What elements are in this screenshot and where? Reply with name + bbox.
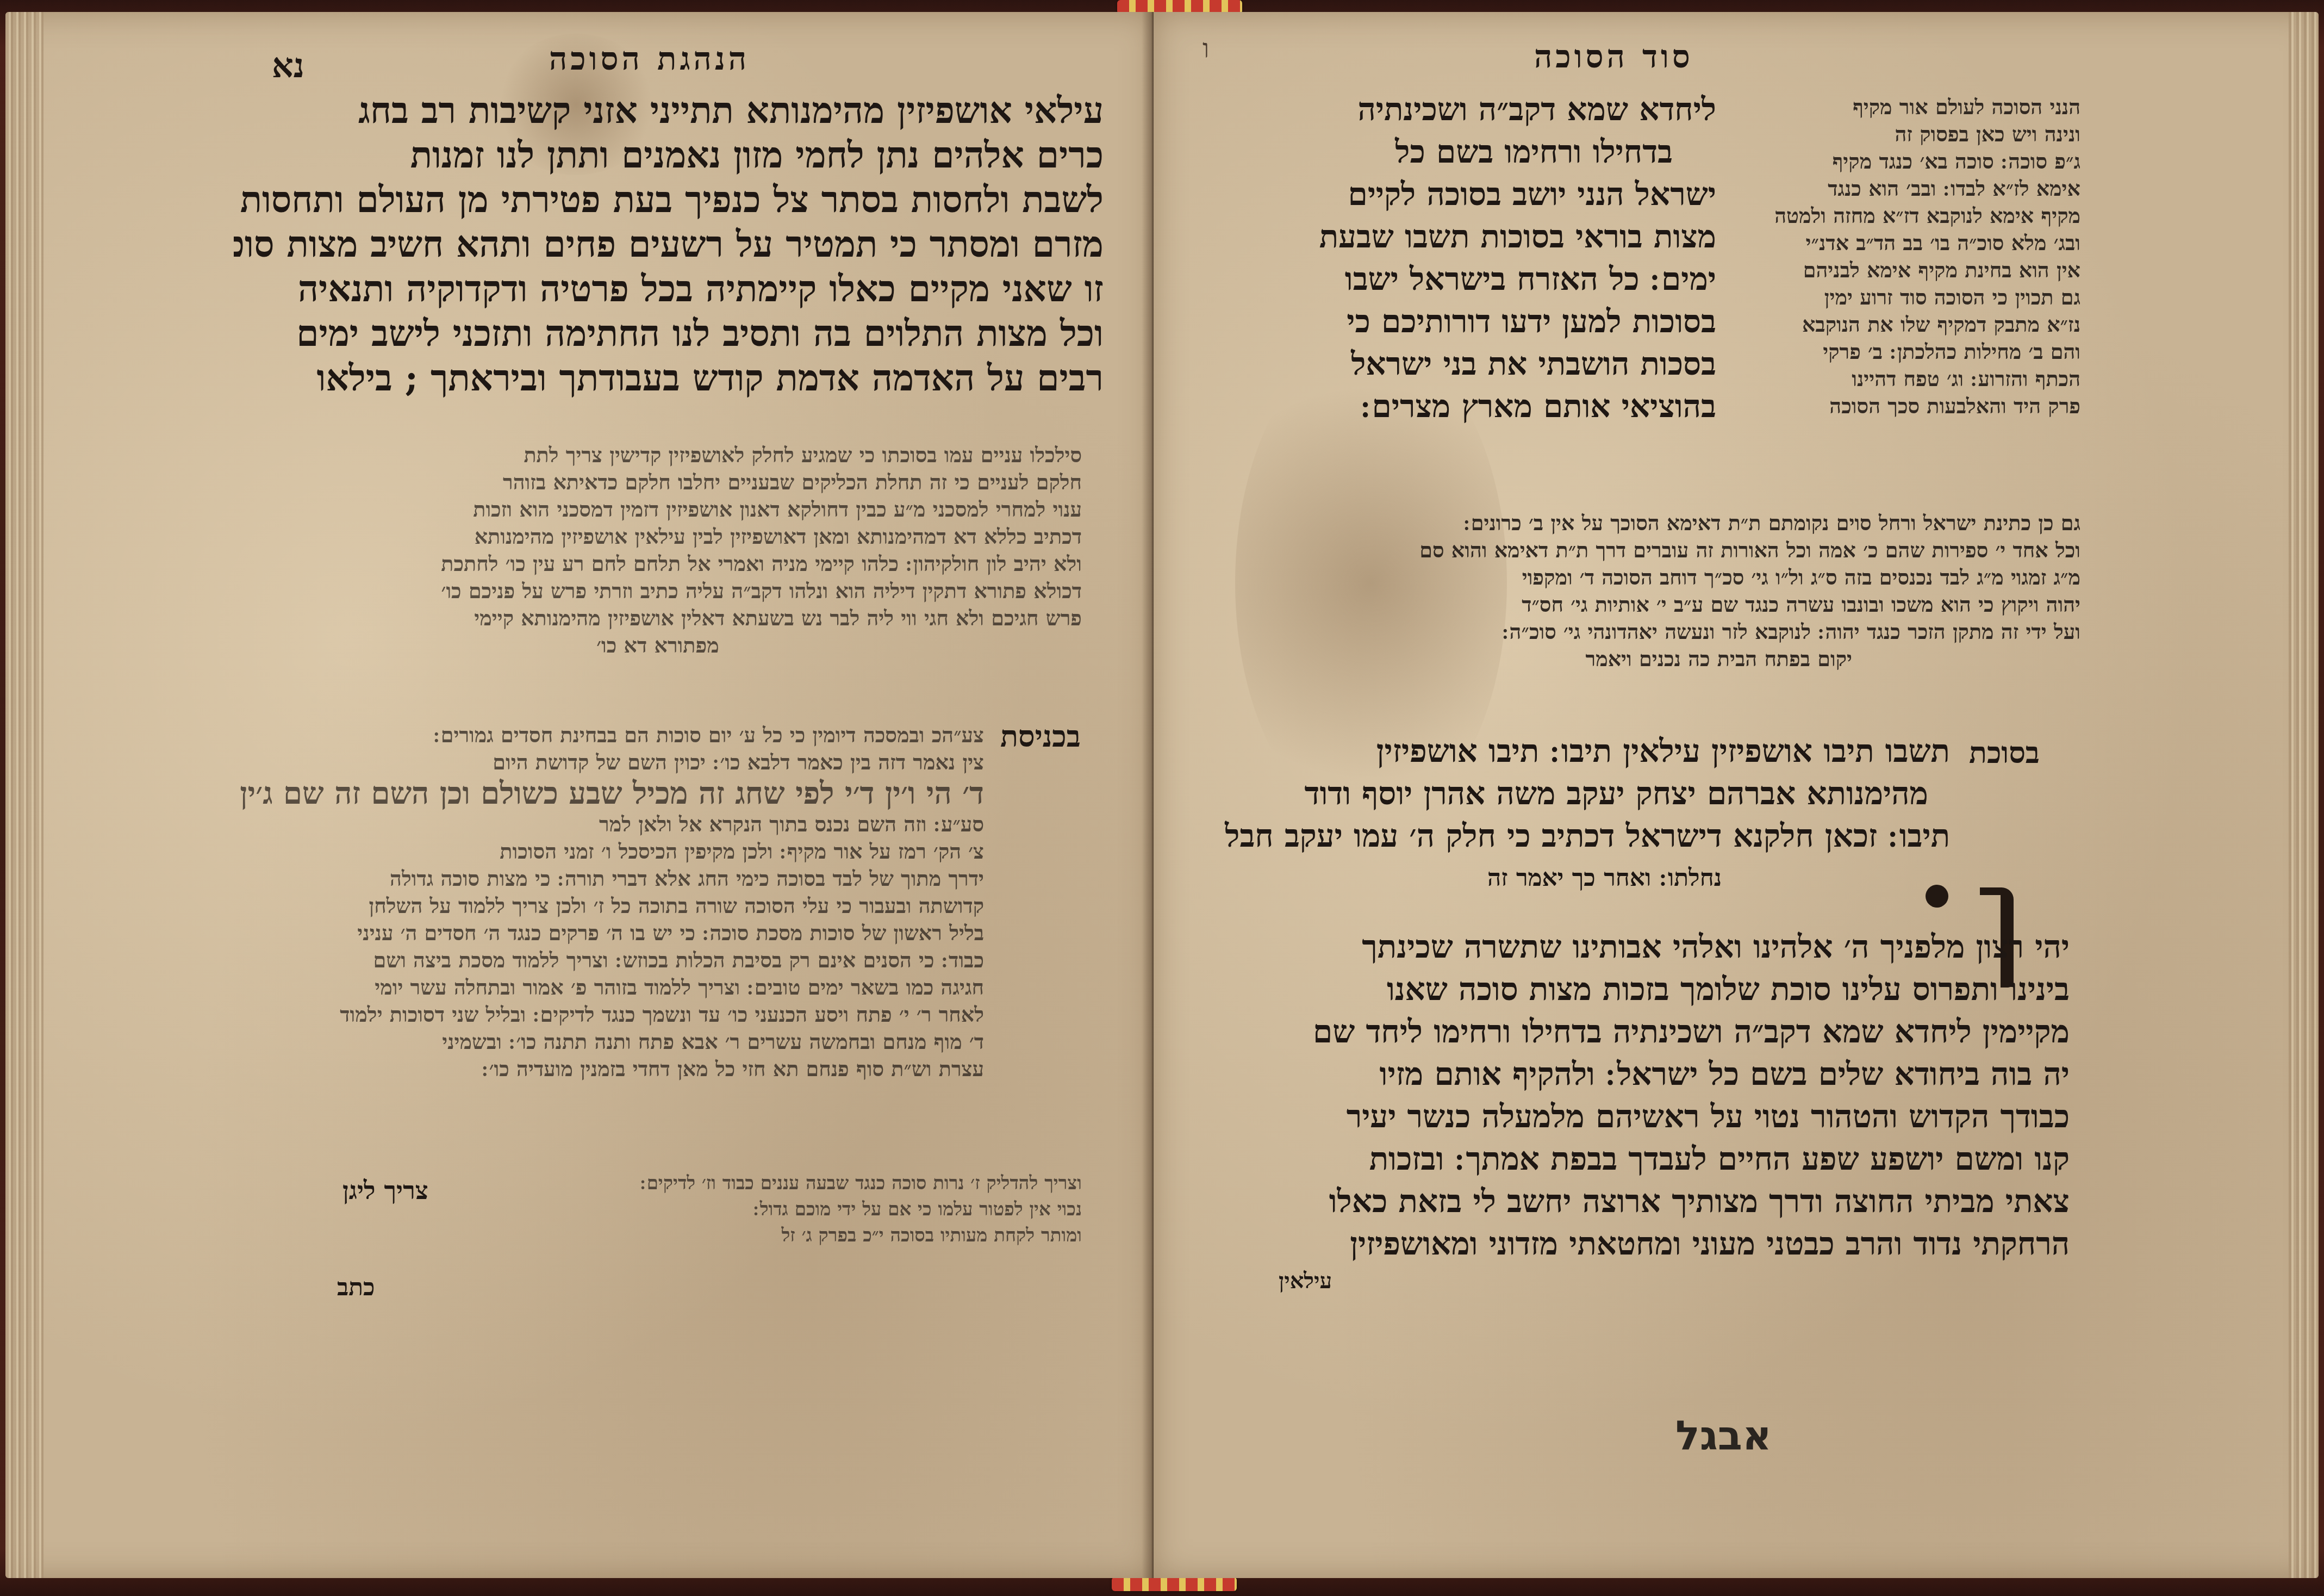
text-line: בסכות הושבתי את בני ישראל (1200, 343, 1716, 385)
catchword: כתב (337, 1274, 375, 1301)
text-line: נז״א מתבק דמקיף שלו את הנוקבא (1689, 311, 2080, 338)
divine-name-line: ד׳ הי ו׳ין ד׳י לפי שחג זה מכיל שבע כשולם… (234, 776, 984, 811)
text-line: תיבו ׃ זכאן חלקנא דישראל דכתיב כי חלק ה׳… (1200, 815, 1950, 857)
text-line: סע״ע ׃ וזה השם נכנס בתוך הנקרא אל ולאן ל… (234, 811, 984, 838)
text-line: מ״ג זמגוי מ״ג לבד נכנסים בזה ס״ג ול״ו גי… (1200, 564, 2080, 591)
text-line: תשבו תיבו אושפיזין עילאין תיבו ׃ תיבו או… (1200, 730, 1950, 772)
text-line: גם תכוין כי הסוכה סוד זרוע ימין (1689, 284, 2080, 311)
text-line: ידרך מתוך של לבד בסוכה כימי החג אלא דברי… (234, 865, 984, 892)
right-page: סוד הסוכה ו ליחדא שמא דקב״ה ושכינתיה בדח… (1154, 12, 2319, 1578)
main-text-block: עילאי אושפיזין מהימנותא תתייני אזני קשיב… (234, 88, 1104, 400)
text-line: ליחדא שמא דקב״ה ושכינתיה (1200, 88, 1716, 131)
text-line: ומותר לקחת מעותיו בסוכה י״כ בפרק ג׳ זל (429, 1222, 1082, 1249)
text-line: כבוד ׃ כי הסנים אינם רק בסיבת הכלות בכוז… (234, 947, 984, 974)
text-line: מהימנותא אברהם יצחק יעקב משה אהרן יוסף ו… (1200, 772, 1950, 815)
text-line: צע״הכ ובמסכה דיומין כי כל ע׳ יום סוכות ה… (234, 722, 984, 749)
commentary-block-3: וצריך להדליק ז׳ נרות סוכה כנגד שבעה ענני… (429, 1170, 1082, 1249)
text-line: וכל אחד י׳ ספירות שהם כ׳ אמה וכל האורות … (1200, 537, 2080, 564)
text-line: יקום בפתח הבית כה נכנים ויאמר (1200, 645, 2080, 673)
text-line: פרק היד והאלבעות סכך הסוכה (1689, 393, 2080, 420)
prayer-text-block: יהי רצון מלפניך ה׳ אלהינו ואלהי אבותינו … (1200, 926, 2070, 1265)
text-line: ישראל הנני יושב בסוכה לקיים (1200, 173, 1716, 215)
text-line: בדחילו ורחימו בשם כל (1200, 131, 1716, 173)
text-line: ג״פ סוכה ׃ סוכה בא׳ כנגד מקיף (1689, 148, 2080, 175)
commentary-block-1: סילכלו עניים עמו בסוכתו כי שמגיע לחלק לא… (234, 442, 1082, 659)
text-line: כרים אלהים נתן לחמי מזון נאמנים ותתן לנו… (234, 133, 1104, 177)
text-line: מקיף אימא לנוקבא דז״א מחזה ולמטה (1689, 202, 2080, 229)
text-line: לשבת ולחסות בסתר צל כנפיך בעת פטירתי מן … (234, 177, 1104, 222)
text-line: עצרת וש״ת סוף פנחם תא חזי כל מאן דחדי בז… (234, 1055, 984, 1083)
text-line: מזרם ומסתר כי תמטיר על רשעים פחים ותהא ח… (234, 222, 1104, 266)
text-line: בהוציאי אותם מארץ מצרים ׃ (1200, 385, 1716, 427)
text-line: בליל ראשון של סוכות מסכת סוכה ׃ כי יש בו… (234, 920, 984, 947)
text-line: זו שאני מקיים כאלו קיימתיה בכל פרטיה ודק… (234, 266, 1104, 311)
text-line: מצות בוראי בסוכות תשבו שבעת (1200, 215, 1716, 258)
text-line: כבודך הקדוש והטהור נטוי על ראשיהם מלמעלה… (1200, 1095, 2070, 1138)
ushpizin-text-block: תשבו תיבו אושפיזין עילאין תיבו ׃ תיבו או… (1200, 730, 1950, 899)
margin-label: צריך ליגן (342, 1176, 428, 1205)
text-line: ד׳ מוף מנחם ובחמשה עשרים ר׳ אבא פתח ותנה… (234, 1028, 984, 1055)
text-line: ענוי למחרי למסכני מ״ע כבין דחולקא דאנון … (234, 496, 1082, 523)
catchword: עילאין (1279, 1268, 1332, 1294)
headband-bottom (1112, 1577, 1237, 1591)
text-line: ונינה ויש כאן בפסוק זה (1689, 121, 2080, 148)
text-line: נכוי אין לפטור עלמו כי אם על ידי מוכם גד… (429, 1196, 1082, 1222)
text-line: לאחר ר׳ י׳ פתח ויסע הכנעני כו׳ עד ונשמך … (234, 1001, 984, 1028)
text-line: מפתורא דא כו׳ (234, 632, 1082, 659)
text-line: וצריך להדליק ז׳ נרות סוכה כנגד שבעה ענני… (429, 1170, 1082, 1196)
text-line: סילכלו עניים עמו בסוכתו כי שמגיע לחלק לא… (234, 442, 1082, 469)
text-line: עילאי אושפיזין מהימנותא תתייני אזני קשיב… (234, 88, 1104, 133)
text-line: ולא יהיב לון חולקיהון ׃ כלהו קיימי מניה … (234, 550, 1082, 577)
text-line: חגיגה כמו בשאר ימים טובים ׃ וצריך ללמוד … (234, 974, 984, 1001)
margin-label: בכניסת (1000, 719, 1081, 754)
side-commentary-block: הנני הסוכה לעולם אור מקיף ונינה ויש כאן … (1689, 94, 2080, 420)
running-head: סוד הסוכה (1534, 38, 1693, 75)
text-line: ועל ידי זה מתקן הזכר כנגד יהוה ׃ לנוקבא … (1200, 618, 2080, 645)
text-line: יהוה ויקוץ כי הוא משכו ובונבו עשרה כנגד … (1200, 591, 2080, 618)
folio-handwritten-mark: ו (1203, 34, 1209, 64)
text-line: קנו ומשם יושפע שפע החיים לעבדך בבפת אמתך… (1200, 1138, 2070, 1180)
commentary-block-2: צע״הכ ובמסכה דיומין כי כל ע׳ יום סוכות ה… (234, 722, 984, 1083)
text-line: נחלתו ׃ ואחר כך יאמר זה (1200, 857, 1950, 899)
text-line: בסוכות למען ידעו דורותיכם כי (1200, 300, 1716, 343)
handwritten-note: אבגל (1675, 1412, 1772, 1459)
text-line: הכתף והזרוע ׃ וג׳ טפח דהיינו (1689, 365, 2080, 393)
text-line: יהי רצון מלפניך ה׳ אלהינו ואלהי אבותינו … (1200, 926, 2070, 968)
text-line: צין נאמר דזה בין כאמר דלבא כו׳ ׃ יכוין ה… (234, 749, 984, 776)
text-line: רבים על האדמה אדמת קודש בעבודתך וביראתך … (234, 356, 1104, 400)
text-line: צאתי מביתי החוצה ודרך מצותיך ארוצה יחשב … (1200, 1180, 2070, 1222)
running-head: הנהגת הסוכה (549, 40, 750, 77)
text-line: דכולא פתורא דתקין דיליה הוא ונלהו דקב״ה … (234, 577, 1082, 605)
text-line: ימים ׃ כל האזרח בישראל ישבו (1200, 258, 1716, 300)
wide-commentary-block: גם כן כתינת ישראל ורחל סוים נקומתם ת״ת ד… (1200, 510, 2080, 673)
folio-number: נא (272, 46, 304, 86)
text-line: והם ב׳ מחילות כהלכתן ׃ ב׳ פרקי (1689, 338, 2080, 365)
text-line: יה בוה ביחודא שלים בשם כל ישראל ׃ ולהקיף… (1200, 1053, 2070, 1095)
text-line: וכל מצות התלוים בה ותסיב לנו החתימה ותזכ… (234, 311, 1104, 356)
text-line: הרחקתי נדוד והרב כבטני מעוני ומחטאתי מזד… (1200, 1222, 2070, 1265)
main-text-block: ליחדא שמא דקב״ה ושכינתיה בדחילו ורחימו ב… (1200, 88, 1716, 427)
text-line: פרש חגיכם ולא חגי ווי ליה לבר נש בשעתא ד… (234, 605, 1082, 632)
text-line: דכתיב כללא דא דמהימנותא ומאן דאושפיזין ל… (234, 523, 1082, 550)
text-line: הנני הסוכה לעולם אור מקיף (1689, 94, 2080, 121)
printed-dot-ornament (1926, 885, 1948, 908)
text-line: צ׳ הק׳ רמז על אור מקיף ׃ ולכן מקיפין הכי… (234, 838, 984, 865)
text-line: ובג׳ מלא סוכ״ה בו׳ בב הד״ב אדנ״י (1689, 229, 2080, 257)
text-line: בינינו ותפרוס עלינו סוכת שלומך בזכות מצו… (1200, 968, 2070, 1010)
text-line: אימא לז״א לבדו ׃ ובב׳ הוא כנגד (1689, 175, 2080, 202)
text-line: מקיימין ליחדא שמא דקב״ה ושכינתיה בדחילו … (1200, 1010, 2070, 1053)
text-line: גם כן כתינת ישראל ורחל סוים נקומתם ת״ת ד… (1200, 510, 2080, 537)
text-line: חלקם לעניים כי זה תחלת הכליקים שבעניים י… (234, 469, 1082, 496)
text-line: אין הוא בחינת מקיף אימא לבניהם (1689, 257, 2080, 284)
text-line: קדושתה ובעבור כי עלי הסוכה שורה בתוכה כל… (234, 892, 984, 920)
left-page: הנהגת הסוכה נא עילאי אושפיזין מהימנותא ת… (5, 12, 1154, 1578)
margin-label: בסוכת (1969, 735, 2040, 770)
